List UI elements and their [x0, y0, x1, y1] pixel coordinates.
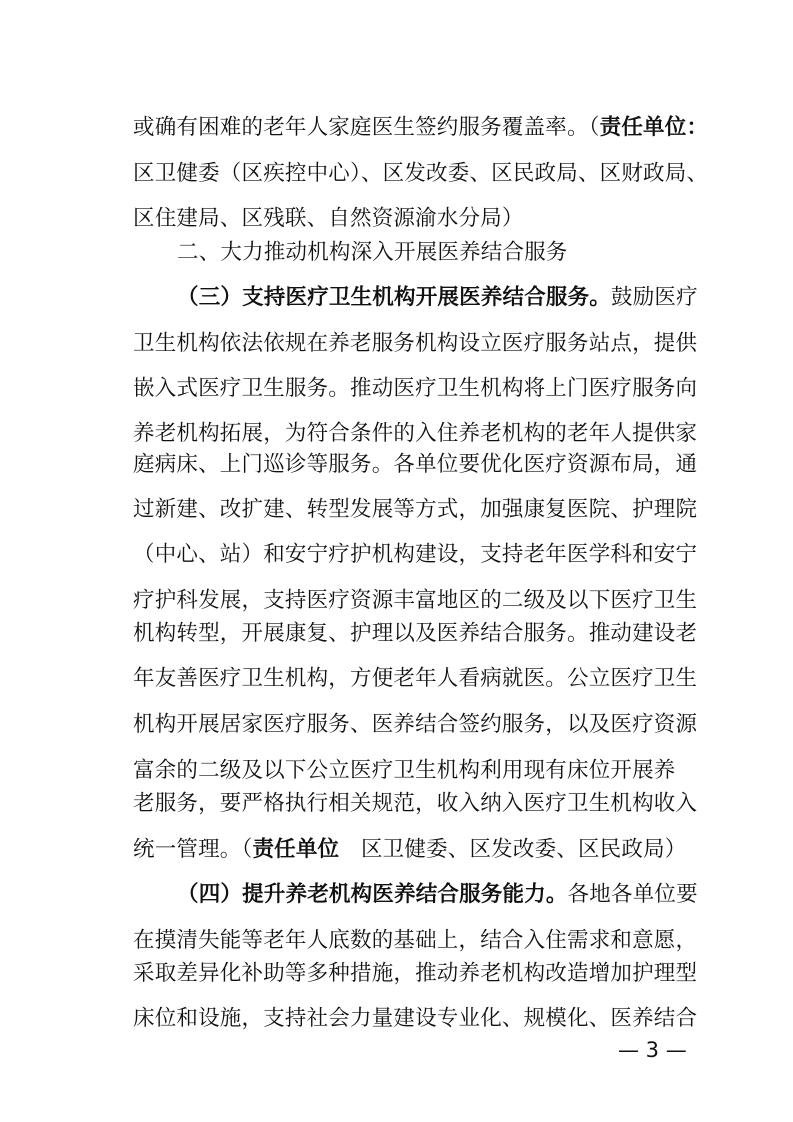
responsible-unit-label: 责任单位：: [600, 115, 709, 140]
text-line: 区住建局、区残联、自然资源渝水分局）: [133, 205, 679, 233]
text-segment: 床位和设施，支持社会力量建设专业化、规模化、医养结合: [133, 1006, 697, 1031]
text-segment: 机构开展居家医疗服务、医养结合签约服务，以及医疗资源: [133, 712, 697, 737]
text-segment: 各地各单位要: [568, 882, 698, 907]
text-segment: 疗护科发展，支持医疗资源丰富地区的二级及以下医疗卫生: [133, 588, 697, 613]
subsection-title: （四）提升养老机构医养结合服务能力。: [177, 882, 568, 907]
text-segment: 区卫健委（区疾控中心）、区发改委、区民政局、区财政局、: [133, 161, 708, 186]
text-line: 机构转型，开展康复、护理以及医养结合服务。推动建设老: [133, 620, 679, 648]
text-segment: 或确有困难的老年人家庭医生签约服务覆盖率。（: [133, 115, 600, 140]
text-segment: 统一管理。（: [133, 837, 252, 862]
section-heading: 二、大力推动机构深入开展医养结合服务: [177, 239, 723, 267]
text-line: 或确有困难的老年人家庭医生签约服务覆盖率。（责任单位：: [133, 114, 679, 142]
text-line: 过新建、改扩建、转型发展等方式，加强康复医院、护理院: [133, 496, 679, 524]
text-segment: 富余的二级及以下公立医疗卫生机构利用现有床位开展养: [133, 758, 676, 783]
document-page: 或确有困难的老年人家庭医生签约服务覆盖率。（责任单位： 区卫健委（区疾控中心）、…: [0, 0, 793, 1122]
text-line: 年友善医疗卫生机构，方便老年人看病就医。公立医疗卫生: [133, 665, 679, 693]
text-segment: 区卫健委、区发改委、区民政局）: [339, 837, 686, 862]
responsible-unit-label: 责任单位: [252, 837, 339, 862]
text-line: （四）提升养老机构医养结合服务能力。各地各单位要: [177, 881, 723, 909]
text-segment: 卫生机构依法依规在养老服务机构设立医疗服务站点，提供: [133, 331, 697, 356]
text-segment: 鼓励医疗: [611, 285, 698, 310]
text-line: 统一管理。（责任单位 区卫健委、区发改委、区民政局）: [133, 836, 679, 864]
text-segment: 养老机构拓展，为符合条件的入住养老机构的老年人提供家: [133, 421, 697, 446]
text-line: 养老机构拓展，为符合条件的入住养老机构的老年人提供家: [133, 420, 679, 448]
text-line: 老服务，要严格执行相关规范，收入纳入医疗卫生机构收入: [133, 790, 679, 818]
page-number: — 3 —: [618, 1036, 687, 1064]
text-segment: 采取差异化补助等多种措施，推动养老机构改造增加护理型: [133, 961, 697, 986]
text-line: 疗护科发展，支持医疗资源丰富地区的二级及以下医疗卫生: [133, 587, 679, 615]
text-segment: 过新建、改扩建、转型发展等方式，加强康复医院、护理院: [133, 497, 697, 522]
text-line: 区卫健委（区疾控中心）、区发改委、区民政局、区财政局、: [133, 160, 679, 188]
text-line: 庭病床、上门巡诊等服务。各单位要优化医疗资源布局，通: [133, 451, 679, 479]
text-line: 床位和设施，支持社会力量建设专业化、规模化、医养结合: [133, 1005, 679, 1033]
text-segment: 机构转型，开展康复、护理以及医养结合服务。推动建设老: [133, 621, 697, 646]
text-segment: 在摸清失能等老年人底数的基础上，结合入住需求和意愿，: [133, 928, 697, 953]
text-line: 卫生机构依法依规在养老服务机构设立医疗服务站点，提供: [133, 330, 679, 358]
text-segment: （中心、站）和安宁疗护机构建设，支持老年医学科和安宁: [133, 542, 697, 567]
text-line: 机构开展居家医疗服务、医养结合签约服务，以及医疗资源: [133, 711, 679, 739]
text-segment: 年友善医疗卫生机构，方便老年人看病就医。公立医疗卫生: [133, 666, 697, 691]
text-line: 嵌入式医疗卫生服务。推动医疗卫生机构将上门医疗服务向: [133, 375, 679, 403]
text-segment: 老服务，要严格执行相关规范，收入纳入医疗卫生机构收入: [133, 791, 697, 816]
text-line: （三）支持医疗卫生机构开展医养结合服务。鼓励医疗: [177, 284, 723, 312]
text-line: 采取差异化补助等多种措施，推动养老机构改造增加护理型: [133, 960, 679, 988]
text-line: （中心、站）和安宁疗护机构建设，支持老年医学科和安宁: [133, 541, 679, 569]
text-line: 在摸清失能等老年人底数的基础上，结合入住需求和意愿，: [133, 927, 679, 955]
text-line: 富余的二级及以下公立医疗卫生机构利用现有床位开展养: [133, 757, 679, 785]
subsection-title: （三）支持医疗卫生机构开展医养结合服务。: [177, 285, 611, 310]
section-heading-text: 二、大力推动机构深入开展医养结合服务: [177, 240, 568, 265]
text-segment: 嵌入式医疗卫生服务。推动医疗卫生机构将上门医疗服务向: [133, 376, 697, 401]
text-segment: 区住建局、区残联、自然资源渝水分局）: [133, 206, 524, 231]
text-segment: 庭病床、上门巡诊等服务。各单位要优化医疗资源布局，通: [133, 452, 697, 477]
